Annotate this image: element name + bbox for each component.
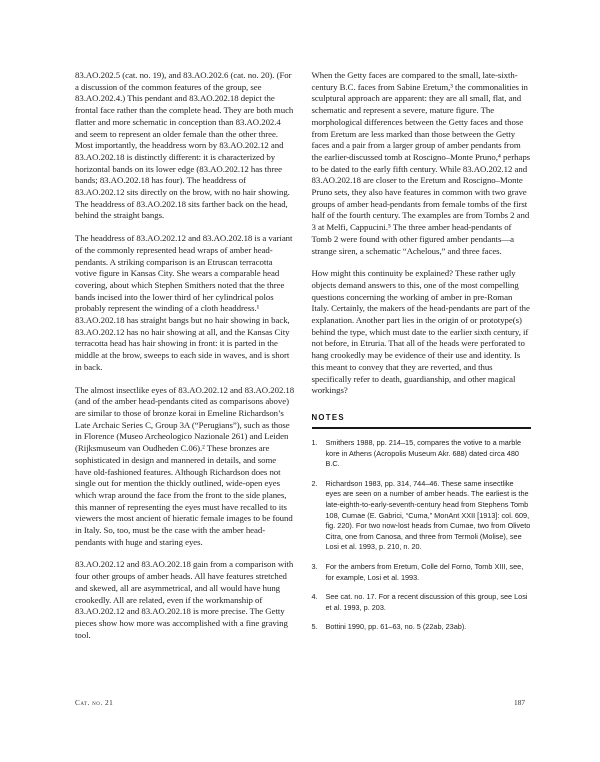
- body-paragraph: When the Getty faces are compared to the…: [312, 70, 532, 257]
- note-number: 1.: [312, 438, 326, 470]
- right-column: When the Getty faces are compared to the…: [312, 70, 532, 652]
- left-column: 83.AO.202.5 (cat. no. 19), and 83.AO.202…: [75, 70, 295, 652]
- notes-heading: NOTES: [312, 413, 532, 422]
- footer-catalog-ref: Cat. no. 21: [75, 698, 113, 707]
- note-item: 3. For the ambers from Eretum, Colle del…: [312, 562, 532, 583]
- note-number: 5.: [312, 622, 326, 633]
- note-number: 4.: [312, 592, 326, 613]
- note-text: Smithers 1988, pp. 214–15, compares the …: [326, 438, 532, 470]
- note-item: 5. Bottini 1990, pp. 61–63, no. 5 (22ab,…: [312, 622, 532, 633]
- note-item: 1. Smithers 1988, pp. 214–15, compares t…: [312, 438, 532, 470]
- text-columns: 83.AO.202.5 (cat. no. 19), and 83.AO.202…: [75, 70, 531, 652]
- body-paragraph: 83.AO.202.12 and 83.AO.202.18 gain from …: [75, 559, 295, 641]
- note-item: 2. Richardson 1983, pp. 314, 744–46. The…: [312, 479, 532, 553]
- body-paragraph: The headdress of 83.AO.202.12 and 83.AO.…: [75, 233, 295, 373]
- body-paragraph: The almost insectlike eyes of 83.AO.202.…: [75, 385, 295, 549]
- note-number: 2.: [312, 479, 326, 553]
- notes-section: NOTES 1. Smithers 1988, pp. 214–15, comp…: [312, 413, 532, 633]
- notes-list: 1. Smithers 1988, pp. 214–15, compares t…: [312, 438, 532, 633]
- note-number: 3.: [312, 562, 326, 583]
- body-paragraph: How might this continuity be explained? …: [312, 268, 532, 397]
- note-text: See cat. no. 17. For a recent discussion…: [326, 592, 532, 613]
- note-text: Bottini 1990, pp. 61–63, no. 5 (22ab, 23…: [326, 622, 532, 633]
- footer-page-number: 187: [514, 698, 525, 707]
- note-text: For the ambers from Eretum, Colle del Fo…: [326, 562, 532, 583]
- note-text: Richardson 1983, pp. 314, 744–46. These …: [326, 479, 532, 553]
- body-paragraph: 83.AO.202.5 (cat. no. 19), and 83.AO.202…: [75, 70, 295, 222]
- note-item: 4. See cat. no. 17. For a recent discuss…: [312, 592, 532, 613]
- page-footer: Cat. no. 21 187: [75, 698, 525, 707]
- notes-divider: [312, 427, 532, 429]
- document-page: 83.AO.202.5 (cat. no. 19), and 83.AO.202…: [0, 0, 600, 762]
